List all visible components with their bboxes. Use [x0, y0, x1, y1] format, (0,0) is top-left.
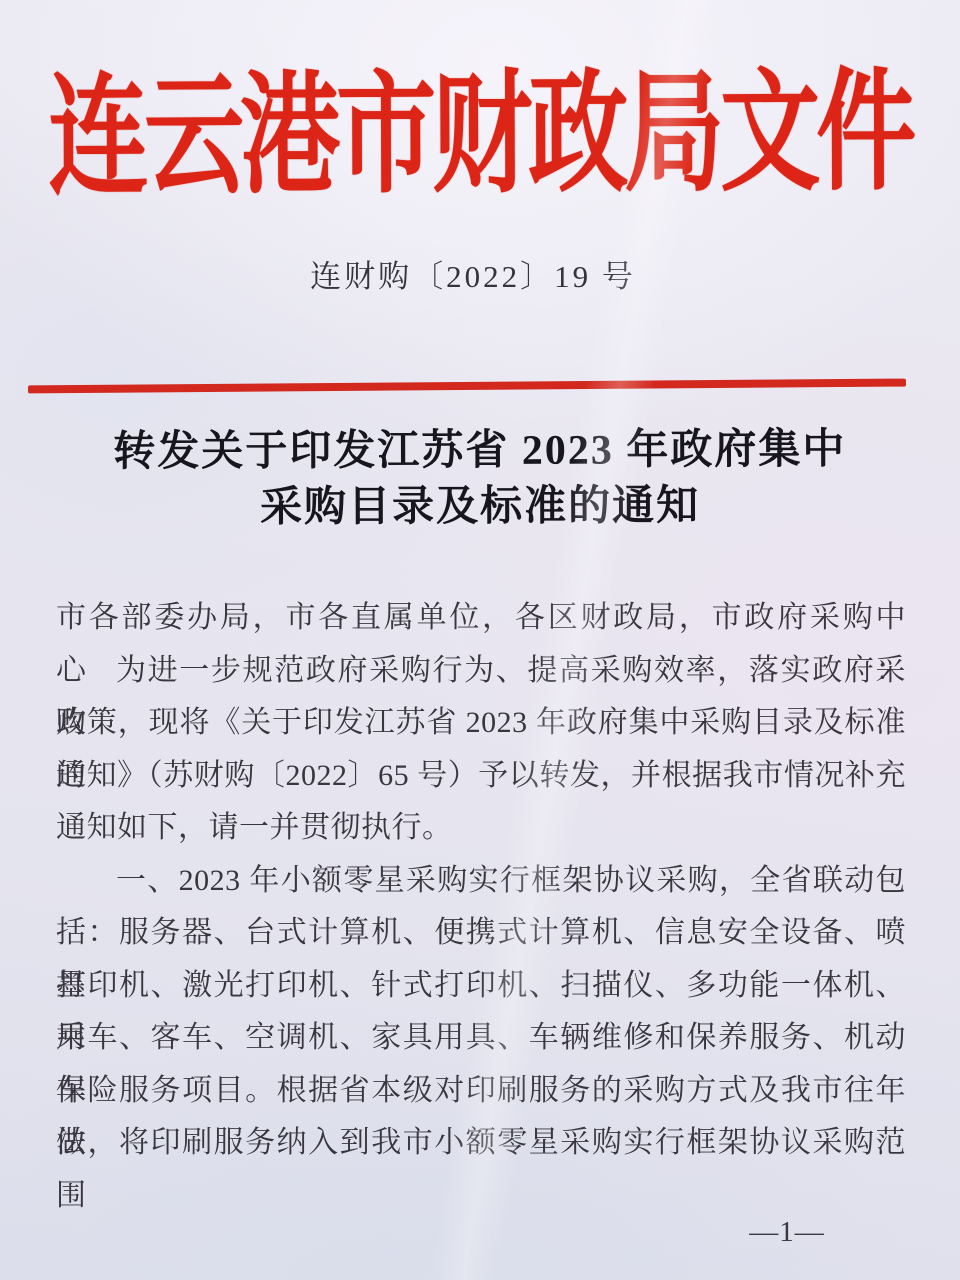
body-line: 为进一步规范政府采购行为、提高采购效率，落实政府采购	[56, 645, 906, 698]
document-title-line2: 采购目录及标准的通知	[0, 478, 960, 537]
body-line: 法，将印刷服务纳入到我市小额零星采购实行框架协议采购范围	[56, 1117, 906, 1170]
body-line: 通知》（苏财购〔2022〕65 号）予以转发，并根据我市情况补充	[56, 750, 906, 803]
body-line: 保险服务项目。根据省本级对印刷服务的采购方式及我市往年做	[56, 1065, 906, 1118]
body-line: 市各部委办局，市各直属单位，各区财政局，市政府采购中心：	[56, 592, 906, 645]
document-number: 连财购〔2022〕19 号	[0, 251, 946, 296]
body-line: 用车、客车、空调机、家具用具、车辆维修和保养服务、机动车	[56, 1012, 906, 1065]
body-line: 打印机、激光打印机、针式打印机、扫描仪、多功能一体机、乘	[56, 960, 906, 1013]
page-number: —1—	[307, 1216, 960, 1249]
body-line: 政策，现将《关于印发江苏省 2023 年政府集中采购目录及标准的	[56, 697, 906, 750]
document-title: 转发关于印发江苏省 2023 年政府集中 采购目录及标准的通知	[0, 422, 960, 537]
body-text: 市各部委办局，市各直属单位，各区财政局，市政府采购中心：为进一步规范政府采购行为…	[56, 592, 906, 1170]
body-line: 一、2023 年小额零星采购实行框架协议采购，全省联动包	[56, 855, 906, 908]
body-line: 括：服务器、台式计算机、便携式计算机、信息安全设备、喷墨	[56, 907, 906, 960]
body-line: 通知如下，请一并贯彻执行。	[56, 802, 906, 855]
document-page: 连云港市财政局文件 连财购〔2022〕19 号 转发关于印发江苏省 2023 年…	[0, 0, 960, 1280]
agency-header-title: 连云港市财政局文件	[0, 63, 960, 208]
red-divider-line	[28, 379, 906, 394]
document-title-line1: 转发关于印发江苏省 2023 年政府集中	[0, 422, 960, 481]
